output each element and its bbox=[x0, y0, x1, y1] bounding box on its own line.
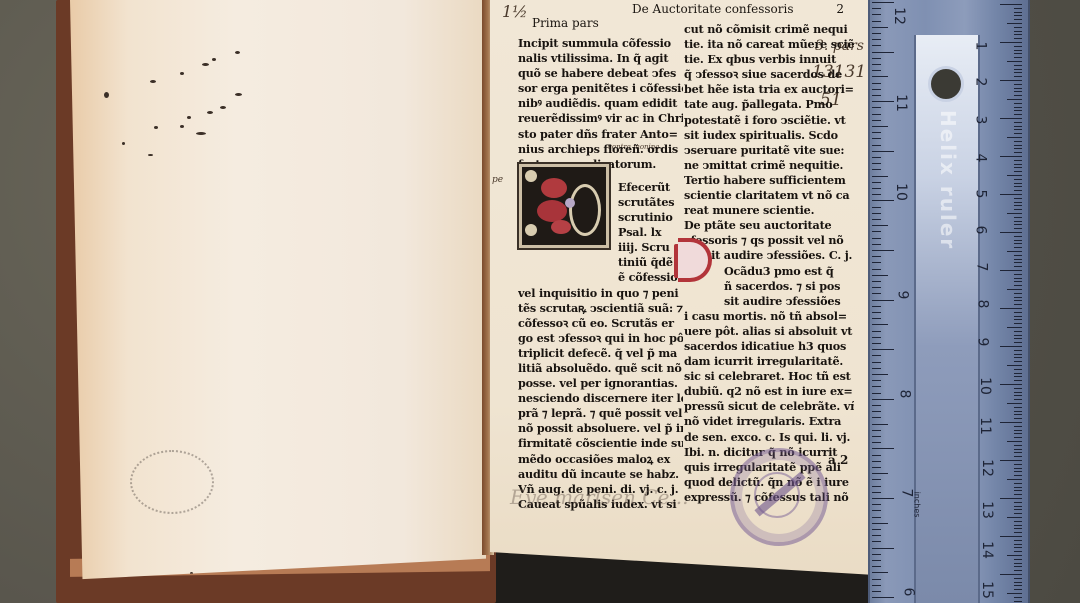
cm-number: 14 bbox=[979, 541, 995, 559]
wormhole bbox=[148, 154, 153, 156]
text-line: dam icurrit irregularitatẽ. bbox=[684, 354, 854, 369]
rubricated-initial bbox=[670, 238, 710, 278]
cm-tick bbox=[1007, 365, 1022, 366]
cm-tick bbox=[1014, 209, 1022, 210]
cm-tick bbox=[1014, 12, 1022, 13]
inch-tick bbox=[872, 436, 881, 437]
text-line: sto pater dñs frater Anto= bbox=[518, 127, 683, 142]
inch-tick bbox=[872, 461, 881, 462]
inch-tick bbox=[872, 486, 881, 487]
inch-number: 12 bbox=[891, 7, 907, 25]
cm-tick bbox=[1000, 80, 1022, 81]
inch-tick bbox=[872, 300, 894, 301]
inch-number: 6 bbox=[900, 588, 916, 597]
ornament-cream-vine bbox=[525, 224, 537, 236]
cm-tick bbox=[1014, 160, 1022, 161]
inch-tick bbox=[872, 405, 881, 406]
cm-tick bbox=[1014, 69, 1022, 70]
initial-bowl bbox=[678, 238, 712, 282]
inch-tick bbox=[872, 548, 894, 549]
cm-tick bbox=[1014, 589, 1022, 590]
cm-tick bbox=[1014, 475, 1022, 476]
cm-tick bbox=[1007, 251, 1022, 252]
inch-tick bbox=[872, 331, 881, 332]
cm-number: 10 bbox=[977, 377, 993, 395]
left-flyleaf bbox=[70, 0, 486, 585]
cm-tick bbox=[1014, 297, 1022, 298]
cm-tick bbox=[1014, 65, 1022, 66]
ornament-lilac-leaf bbox=[565, 198, 575, 208]
cm-tick bbox=[1014, 335, 1022, 336]
cm-tick bbox=[1014, 354, 1022, 355]
inch-tick bbox=[872, 70, 881, 71]
cm-tick bbox=[1014, 468, 1022, 469]
cm-tick bbox=[1014, 456, 1022, 457]
cm-tick bbox=[1014, 240, 1022, 241]
cm-tick bbox=[1007, 403, 1022, 404]
text-line: auditu dũ incaute se habz. bbox=[518, 467, 683, 482]
cm-tick bbox=[1014, 331, 1022, 332]
inch-tick bbox=[872, 8, 881, 9]
inch-tick bbox=[872, 579, 881, 580]
text-line: quõ se habere debeat ↄfes bbox=[518, 66, 683, 81]
cm-tick bbox=[1000, 270, 1022, 271]
inch-tick bbox=[872, 33, 881, 34]
inch-tick bbox=[872, 393, 881, 394]
cm-tick bbox=[1000, 460, 1022, 461]
cm-tick bbox=[1014, 50, 1022, 51]
cm-number: 15 bbox=[979, 581, 995, 599]
inch-number: 9 bbox=[894, 291, 910, 300]
inch-tick bbox=[872, 76, 888, 77]
wormhole bbox=[196, 132, 206, 135]
cm-tick bbox=[1014, 255, 1022, 256]
cm-tick bbox=[1014, 513, 1022, 514]
cm-number: 9 bbox=[974, 338, 990, 347]
cm-number: 1 bbox=[972, 42, 988, 51]
cm-tick bbox=[1014, 164, 1022, 165]
text-line: sit audire ↄfessiões bbox=[684, 294, 854, 309]
wormhole bbox=[180, 72, 184, 75]
library-stamp bbox=[730, 448, 828, 546]
printed-page: 1½ Prima pars De Auctoritate confessoris… bbox=[490, 0, 875, 575]
text-line: dubiũ. q2 nõ est in iure ex= bbox=[684, 384, 854, 399]
cm-tick bbox=[1000, 498, 1022, 499]
running-title: De Auctoritate confessoris bbox=[632, 2, 793, 16]
inch-tick bbox=[872, 163, 881, 164]
inch-tick bbox=[872, 541, 881, 542]
cm-tick bbox=[1014, 487, 1022, 488]
cm-tick bbox=[1000, 4, 1022, 5]
wormhole bbox=[212, 58, 216, 61]
folio-number: 2 bbox=[836, 2, 844, 16]
text-line: i casu mortis. nõ tñ absol= bbox=[684, 309, 854, 324]
text-line: cõfessoꝛ cũ eo. Scrutãs er bbox=[518, 316, 683, 331]
text-line: q̃ ↄfessoꝛ siue sacerdos de bbox=[684, 67, 854, 82]
inch-tick bbox=[872, 157, 881, 158]
inch-tick bbox=[872, 176, 888, 177]
ruler-hang-hole bbox=[928, 66, 964, 102]
cm-tick bbox=[1014, 183, 1022, 184]
inch-tick bbox=[872, 467, 881, 468]
inch-number: 8 bbox=[896, 390, 912, 399]
cm-tick bbox=[1014, 145, 1022, 146]
inch-tick bbox=[872, 510, 881, 511]
cm-tick bbox=[1014, 316, 1022, 317]
cm-tick bbox=[1000, 118, 1022, 119]
inch-tick bbox=[872, 349, 894, 350]
text-line: ñ sacerdos. ⁊ si pos bbox=[684, 279, 854, 294]
inch-tick bbox=[872, 492, 881, 493]
cm-number: 11 bbox=[977, 417, 993, 435]
cm-tick bbox=[1014, 236, 1022, 237]
cm-tick bbox=[1014, 217, 1022, 218]
ruler-brand: Helix ruler bbox=[936, 110, 960, 250]
inch-tick bbox=[872, 200, 894, 201]
cm-tick bbox=[1014, 278, 1022, 279]
inch-tick bbox=[872, 21, 881, 22]
cm-tick bbox=[1014, 483, 1022, 484]
text-line: vel inquisitio in quo ⁊ peni bbox=[518, 286, 683, 301]
wormhole bbox=[202, 63, 209, 66]
inch-number: 10 bbox=[893, 183, 909, 201]
inch-tick bbox=[872, 442, 881, 443]
margin-note-left: pe bbox=[492, 175, 503, 185]
cm-tick bbox=[1014, 114, 1022, 115]
cm-tick bbox=[1014, 293, 1022, 294]
inch-tick bbox=[872, 424, 888, 425]
cm-tick bbox=[1014, 274, 1022, 275]
cm-tick bbox=[1007, 61, 1022, 62]
inch-tick bbox=[872, 256, 881, 257]
ornament-cream-vine bbox=[569, 184, 601, 236]
inch-tick bbox=[872, 225, 888, 226]
text-line: De ptãte seu auctoritate bbox=[684, 218, 854, 233]
inch-tick bbox=[872, 262, 881, 263]
text-line: pressũ sicut de celebrãte. vñ bbox=[684, 399, 854, 414]
cm-tick bbox=[1014, 126, 1022, 127]
cm-tick bbox=[1014, 559, 1022, 560]
cm-tick bbox=[1014, 179, 1022, 180]
cm-tick bbox=[1007, 327, 1022, 328]
inch-tick bbox=[872, 151, 894, 152]
inch-tick bbox=[872, 132, 881, 133]
inch-tick bbox=[872, 194, 881, 195]
cm-tick bbox=[1014, 521, 1022, 522]
cm-tick bbox=[1014, 57, 1022, 58]
cm-tick bbox=[1014, 361, 1022, 362]
cm-number: 8 bbox=[974, 300, 990, 309]
cm-tick bbox=[1014, 528, 1022, 529]
inch-tick bbox=[872, 386, 881, 387]
cm-tick bbox=[1014, 53, 1022, 54]
inch-tick bbox=[872, 517, 881, 518]
owner-handwriting: Eye marlsen Ce... bbox=[510, 485, 689, 509]
inch-tick bbox=[872, 380, 881, 381]
cm-tick bbox=[1000, 574, 1022, 575]
inch-tick bbox=[872, 219, 881, 220]
cm-tick bbox=[1014, 411, 1022, 412]
cm-tick bbox=[1014, 259, 1022, 260]
cm-tick bbox=[1014, 426, 1022, 427]
text-line: uere pôt. alias si absoluit vt bbox=[684, 324, 854, 339]
cm-tick bbox=[1014, 350, 1022, 351]
inch-tick bbox=[872, 45, 881, 46]
inch-tick bbox=[872, 293, 881, 294]
cm-tick bbox=[1014, 490, 1022, 491]
text-line: tie. Ex qbus verbis innuit bbox=[684, 52, 854, 67]
cm-tick bbox=[1007, 441, 1022, 442]
text-line: reat munere scientie. bbox=[684, 203, 854, 218]
text-line: tate aug. p̃allegata. Pmo bbox=[684, 97, 854, 112]
cm-tick bbox=[1014, 414, 1022, 415]
cm-tick bbox=[1000, 42, 1022, 43]
inch-tick bbox=[872, 238, 881, 239]
cm-tick bbox=[1014, 430, 1022, 431]
cm-tick bbox=[1014, 312, 1022, 313]
inch-tick bbox=[872, 448, 894, 449]
cm-tick bbox=[1014, 601, 1022, 602]
inch-tick bbox=[872, 362, 881, 363]
text-line: ↄseruare puritatẽ vite sue: bbox=[684, 143, 854, 158]
cm-tick bbox=[1014, 8, 1022, 9]
text-line: litiã absoluẽdo. quẽ scit nõ bbox=[518, 361, 683, 376]
cm-tick bbox=[1014, 243, 1022, 244]
inch-tick bbox=[872, 504, 881, 505]
cm-tick bbox=[1007, 175, 1022, 176]
text-line: prã ⁊ leprã. ⁊ quẽ possit vel bbox=[518, 406, 683, 421]
text-line: sic si celebraret. Hoc tñ est bbox=[684, 369, 854, 384]
inch-tick bbox=[872, 479, 881, 480]
offset-stamp-ghost bbox=[130, 450, 214, 514]
cm-tick bbox=[1014, 338, 1022, 339]
inch-tick bbox=[872, 417, 881, 418]
wormhole bbox=[104, 92, 109, 98]
inch-tick bbox=[872, 27, 888, 28]
text-line: nõ videt irregularis. Extra bbox=[684, 414, 854, 429]
inch-tick bbox=[872, 275, 888, 276]
inch-tick bbox=[872, 306, 881, 307]
cm-tick bbox=[1014, 190, 1022, 191]
cm-tick bbox=[1014, 597, 1022, 598]
cm-tick bbox=[1014, 27, 1022, 28]
inch-tick bbox=[872, 318, 881, 319]
inch-tick bbox=[872, 591, 881, 592]
cm-tick bbox=[1000, 536, 1022, 537]
text-line: ne ↄmittat crimẽ nequitie. bbox=[684, 158, 854, 173]
text-line: nibꝰ audiẽdis. quam edidit bbox=[518, 96, 683, 111]
text-line: potestatẽ i foro ↄsciẽtie. vt bbox=[684, 113, 854, 128]
text-line: sor erga penitẽtes i cõfessio bbox=[518, 81, 683, 96]
cm-tick bbox=[1014, 544, 1022, 545]
text-line: nõ possit absoluere. vel p̃ in bbox=[518, 421, 683, 436]
cm-tick bbox=[1014, 171, 1022, 172]
cm-tick bbox=[1014, 167, 1022, 168]
inch-tick bbox=[872, 52, 894, 53]
cm-tick bbox=[1014, 532, 1022, 533]
inch-tick bbox=[872, 126, 888, 127]
units-label: inches bbox=[912, 492, 921, 518]
text-line: mẽdo occasiões maloꝝ ex bbox=[518, 452, 683, 467]
cm-tick bbox=[1014, 502, 1022, 503]
cm-tick bbox=[1007, 593, 1022, 594]
cm-tick bbox=[1014, 262, 1022, 263]
cm-tick bbox=[1014, 525, 1022, 526]
cm-tick bbox=[1014, 494, 1022, 495]
inch-number: 11 bbox=[893, 94, 909, 112]
cm-tick bbox=[1014, 110, 1022, 111]
cm-tick bbox=[1007, 289, 1022, 290]
inch-tick bbox=[872, 535, 881, 536]
inch-tick bbox=[872, 182, 881, 183]
wormhole bbox=[122, 142, 125, 145]
wormhole bbox=[235, 93, 242, 96]
inch-tick bbox=[872, 145, 881, 146]
cm-tick bbox=[1014, 72, 1022, 73]
cm-tick bbox=[1014, 342, 1022, 343]
inch-tick bbox=[872, 58, 881, 59]
text-line: de sen. exco. c. Is qui. li. vj. bbox=[684, 430, 854, 445]
cm-tick bbox=[1014, 582, 1022, 583]
cm-tick bbox=[1000, 156, 1022, 157]
cm-tick bbox=[1014, 566, 1022, 567]
cm-tick bbox=[1014, 433, 1022, 434]
text-line: firmitatẽ cõscientie inde su bbox=[518, 436, 683, 451]
inch-tick bbox=[872, 138, 881, 139]
cm-tick bbox=[1014, 31, 1022, 32]
cm-tick bbox=[1014, 46, 1022, 47]
wormhole bbox=[220, 106, 226, 109]
cm-tick bbox=[1014, 133, 1022, 134]
inch-tick bbox=[872, 597, 894, 598]
text-line: Incipit summula cõfessio bbox=[518, 36, 683, 51]
signature-mark: a 2 bbox=[828, 453, 848, 467]
cm-tick bbox=[1014, 570, 1022, 571]
inch-tick bbox=[872, 455, 881, 456]
cm-tick bbox=[1014, 103, 1022, 104]
cm-tick bbox=[1014, 266, 1022, 267]
cm-tick bbox=[1000, 384, 1022, 385]
inch-tick bbox=[872, 169, 881, 170]
cm-tick bbox=[1007, 555, 1022, 556]
cm-tick bbox=[1014, 228, 1022, 229]
cm-tick bbox=[1014, 38, 1022, 39]
cm-tick bbox=[1014, 91, 1022, 92]
inch-tick bbox=[872, 14, 881, 15]
cm-tick bbox=[1014, 319, 1022, 320]
cm-number: 12 bbox=[979, 459, 995, 477]
cm-tick bbox=[1007, 479, 1022, 480]
cm-number: 3 bbox=[972, 116, 988, 125]
ornament-red-leaf bbox=[551, 220, 571, 234]
inch-tick bbox=[872, 207, 881, 208]
cm-tick bbox=[1007, 213, 1022, 214]
cm-tick bbox=[1014, 304, 1022, 305]
cm-tick bbox=[1014, 392, 1022, 393]
cm-tick bbox=[1014, 388, 1022, 389]
cm-number: 13 bbox=[979, 501, 995, 519]
measuring-ruler: Helix ruler 12 11 10 9 8 7 6 inches 1 2 … bbox=[868, 0, 1030, 603]
inch-tick bbox=[872, 101, 894, 102]
text-line: ẽ cõfessio bbox=[518, 270, 683, 285]
cm-number: 4 bbox=[972, 154, 988, 163]
cm-tick bbox=[1014, 19, 1022, 20]
ornament-red-leaf bbox=[537, 200, 567, 222]
cm-tick bbox=[1014, 452, 1022, 453]
wormhole bbox=[235, 51, 240, 54]
cm-tick bbox=[1014, 186, 1022, 187]
text-line: Tertio habere sufficientem bbox=[684, 173, 854, 188]
cm-tick bbox=[1000, 422, 1022, 423]
cm-tick bbox=[1014, 563, 1022, 564]
cm-tick bbox=[1014, 152, 1022, 153]
inch-tick bbox=[872, 107, 881, 108]
cm-tick bbox=[1014, 34, 1022, 35]
text-line: scientie claritatem vt nõ ca bbox=[684, 188, 854, 203]
cm-tick bbox=[1014, 221, 1022, 222]
cm-tick bbox=[1014, 395, 1022, 396]
inch-tick bbox=[872, 529, 881, 530]
inch-tick bbox=[872, 64, 881, 65]
cm-number: 7 bbox=[973, 263, 989, 272]
cm-tick bbox=[1000, 346, 1022, 347]
cm-tick bbox=[1014, 148, 1022, 149]
cm-tick bbox=[1014, 202, 1022, 203]
inch-tick bbox=[872, 250, 894, 251]
inch-tick bbox=[872, 2, 894, 3]
cm-tick bbox=[1014, 205, 1022, 206]
inch-tick bbox=[872, 566, 881, 567]
inch-tick bbox=[872, 430, 881, 431]
inch-tick bbox=[872, 95, 881, 96]
inch-tick bbox=[872, 114, 881, 115]
text-line: triplicit defecẽ. q̃ vel p̃ ma bbox=[518, 346, 683, 361]
cm-tick bbox=[1014, 585, 1022, 586]
cm-number: 6 bbox=[972, 226, 988, 235]
inch-tick bbox=[872, 473, 888, 474]
cm-tick bbox=[1014, 418, 1022, 419]
cm-tick bbox=[1007, 517, 1022, 518]
cm-tick bbox=[1014, 445, 1022, 446]
inch-tick bbox=[872, 554, 881, 555]
cm-tick bbox=[1014, 547, 1022, 548]
inch-tick bbox=[872, 269, 881, 270]
ornament-cream-vine bbox=[525, 170, 537, 182]
cm-tick bbox=[1014, 129, 1022, 130]
text-line: bet hẽe ista tria ex auctori= bbox=[684, 82, 854, 97]
wormhole bbox=[187, 116, 191, 119]
cm-number: 2 bbox=[972, 78, 988, 87]
cm-tick bbox=[1000, 194, 1022, 195]
inch-tick bbox=[872, 560, 881, 561]
text-line: nesciendo discernere iter le bbox=[518, 391, 683, 406]
cm-tick bbox=[1014, 376, 1022, 377]
cm-tick bbox=[1007, 137, 1022, 138]
cm-tick bbox=[1014, 369, 1022, 370]
text-line: sit iudex spiritualis. Scdo bbox=[684, 128, 854, 143]
inch-tick bbox=[872, 231, 881, 232]
cm-tick bbox=[1000, 232, 1022, 233]
inch-tick bbox=[872, 89, 881, 90]
cm-tick bbox=[1007, 23, 1022, 24]
cm-tick bbox=[1014, 540, 1022, 541]
cm-tick bbox=[1014, 300, 1022, 301]
inch-tick bbox=[872, 368, 881, 369]
cm-tick bbox=[1007, 99, 1022, 100]
text-line: tiniũ q̃dẽ bbox=[518, 255, 683, 270]
text-line: tẽs scrutaꝶ ↄscientiã suã: ⁊ bbox=[518, 301, 683, 316]
cm-tick bbox=[1014, 15, 1022, 16]
